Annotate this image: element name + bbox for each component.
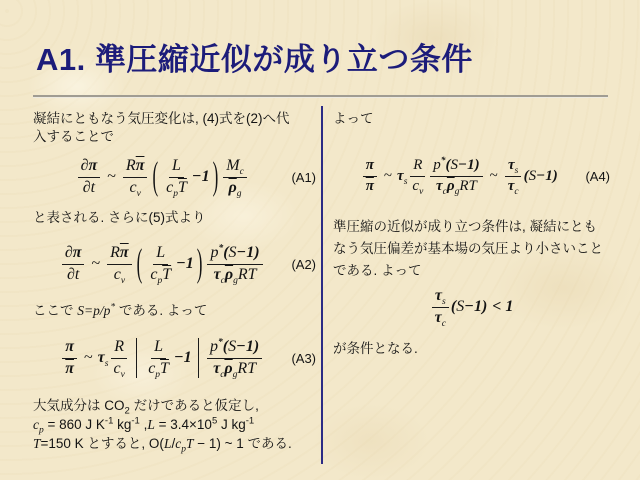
equation-a2-body: ∂π ∂t ~ Rπ cv ( L cpT −1 ) p*(S−1) τcρgR… xyxy=(33,244,291,284)
tok-sub-c: c xyxy=(442,319,446,329)
fraction-Rpibar-cv: Rπ cv xyxy=(123,157,148,197)
constants-line1: 大気成分は CO2 だけであると仮定し, xyxy=(33,398,259,413)
tok-rparen: ) xyxy=(475,157,480,173)
tok-L: L xyxy=(172,157,181,174)
tok-tau-s: τs xyxy=(98,349,109,367)
group-S-minus-1: (S−1) xyxy=(451,298,487,316)
condition-line3: である. よって xyxy=(333,263,422,278)
tok-minus-one: −1 xyxy=(192,168,210,186)
tok-sub-c: c xyxy=(240,167,244,177)
tok-partial: ∂ xyxy=(65,244,73,261)
paragraph-definition: ここで S=p/p* である. よって xyxy=(33,302,316,320)
constants-l3-t1: =150 K とすると, O( xyxy=(41,436,164,451)
tok-p: p xyxy=(210,338,218,355)
slide: A1. 準圧縮近似が成り立つ条件 凝結にともなう気圧変化は, (4)式を(2)へ… xyxy=(0,0,640,480)
tok-minus-one: −1 xyxy=(236,338,254,355)
column-divider xyxy=(321,106,323,464)
tok-rho-bar: ρ xyxy=(447,178,455,194)
tok-pi-bar: π xyxy=(136,157,145,174)
tok-rparen: ) xyxy=(254,338,259,355)
fraction-Rpibar-cv: Rπ cv xyxy=(107,244,132,284)
tok-partial: ∂ xyxy=(83,179,91,196)
group-S-minus-1: (S−1) xyxy=(524,168,558,185)
tok-rparen: ) xyxy=(254,244,259,261)
tok-rho-bar: ρ xyxy=(229,179,237,196)
fraction-pi-pibar: π π xyxy=(363,157,377,195)
tok-tau: τ xyxy=(214,266,221,283)
tok-R: R xyxy=(114,338,124,355)
tok-RT: RT xyxy=(237,360,256,377)
tok-RT: RT xyxy=(238,266,257,283)
tilde-operator: ~ xyxy=(490,168,498,185)
paragraph-intro: 凝結にともなう気圧変化は, (4)式を(2)へ代 入することで xyxy=(33,110,316,146)
tok-pi-bar: π xyxy=(120,244,129,261)
constants-l2-t5: J kg xyxy=(217,417,246,432)
tok-pi-bar: π xyxy=(366,178,374,194)
constants-l2-t2: kg xyxy=(113,417,131,432)
exp-minus1: -1 xyxy=(246,416,254,427)
constants-l3-t2: − 1) ~ 1 である. xyxy=(193,436,291,451)
tok-minus-one: −1 xyxy=(536,168,553,184)
tok-tau: τ xyxy=(98,349,105,366)
tok-p: p xyxy=(433,157,441,173)
fraction-L-cpTbar: L cpT xyxy=(147,244,174,284)
tilde-operator: ~ xyxy=(91,255,100,273)
tilde-operator: ~ xyxy=(84,349,93,367)
intro-line1: 凝結にともなう気圧変化は, (4)式を(2)へ代 xyxy=(33,111,290,126)
paragraph-condition-desc: 準圧縮の近似が成り立つ条件は, 凝結にとも なう気圧偏差が基本場の気圧より小さい… xyxy=(333,216,610,282)
fraction-L-cpTbar: L cpT xyxy=(145,338,172,378)
equation-a3-label: (A3) xyxy=(291,351,316,366)
equation-a4-label: (A4) xyxy=(585,169,610,184)
equation-a2-label: (A2) xyxy=(291,257,316,272)
definition-pre: ここで xyxy=(33,303,77,318)
constants-l2-t4: = 3.4×10 xyxy=(155,417,212,432)
tok-pi-bar: π xyxy=(65,360,74,377)
tok-M: M xyxy=(226,157,239,174)
tok-R: R xyxy=(126,157,136,174)
equation-a2: ∂π ∂t ~ Rπ cv ( L cpT −1 ) p*(S−1) τcρgR… xyxy=(33,234,316,294)
big-left-paren: ( xyxy=(137,241,143,287)
exp-minus1: -1 xyxy=(131,416,139,427)
tok-R: R xyxy=(413,157,422,173)
equation-condition-body: τs τc (S−1) < 1 xyxy=(333,287,610,327)
tok-RT: RT xyxy=(459,178,477,194)
tok-tau: τ xyxy=(508,157,515,173)
tok-partial: ∂ xyxy=(81,157,89,174)
intro-line2: 入することで xyxy=(33,129,114,144)
fraction-pstarS-taurhoRT: p*(S−1) τcρgRT xyxy=(207,338,262,378)
tok-sub-s: s xyxy=(404,177,408,187)
tok-sub-v: v xyxy=(419,187,423,197)
tilde-operator: ~ xyxy=(107,168,116,186)
tok-sub-v: v xyxy=(121,276,125,286)
paragraph-transition: と表される. さらに(5)式より xyxy=(33,209,316,227)
fraction-pstarS-taurhoRT: p*(S−1) τcρgRT xyxy=(430,157,482,195)
tok-c: c xyxy=(114,266,121,283)
paragraph-conclusion: が条件となる. xyxy=(333,340,610,358)
tok-R: R xyxy=(110,244,120,261)
constants-l1a: 大気成分は CO xyxy=(33,398,125,413)
big-right-paren: ) xyxy=(213,154,219,200)
tok-minus-one: −1 xyxy=(176,255,194,273)
tok-tau: τ xyxy=(435,309,442,326)
tok-sub-g: g xyxy=(237,189,242,199)
title-divider-rule xyxy=(33,95,608,98)
tok-c: c xyxy=(130,179,137,196)
equation-a1-body: ∂π ∂t ~ Rπ cv ( L cpT −1 ) Mc ρg xyxy=(33,157,291,197)
tok-S: S xyxy=(451,157,459,173)
tok-t: t xyxy=(91,179,95,196)
fraction-L-cpTbar: L cpT xyxy=(163,157,190,197)
tok-sub-c: c xyxy=(514,187,518,197)
constants-line2: cp = 860 J K-1 kg-1 ,L = 3.4×105 J kg-1 xyxy=(33,417,254,432)
tok-rparen: ) xyxy=(553,168,558,184)
tok-pi: π xyxy=(366,157,374,173)
equation-a4-body: π π ~ τs R cv p*(S−1) τcρgRT ~ τs τc xyxy=(333,157,585,195)
tok-pi: π xyxy=(89,157,98,174)
tok-sub-s: s xyxy=(105,359,109,369)
constants-l2-t1: = 860 J K xyxy=(44,417,105,432)
fraction-dpi-dt: ∂π ∂t xyxy=(78,157,101,197)
equation-condition: τs τc (S−1) < 1 xyxy=(333,282,610,332)
fraction-R-cv: R cv xyxy=(110,338,127,378)
inline-formula-S: S=p/p xyxy=(77,303,110,318)
tok-L: L xyxy=(147,417,155,432)
big-left-paren: ( xyxy=(152,154,158,200)
fraction-Mc-rhobar-g: Mc ρg xyxy=(223,157,247,197)
tok-rho-bar: ρ xyxy=(224,360,232,377)
tok-sub-v: v xyxy=(137,189,141,199)
constants-line3: T=150 K とすると, O(L/cpT − 1) ~ 1 である. xyxy=(33,436,292,451)
equation-a4: π π ~ τs R cv p*(S−1) τcρgRT ~ τs τc xyxy=(333,146,610,206)
abs-bar xyxy=(136,338,137,378)
tok-pi: π xyxy=(73,244,82,261)
tok-L: L xyxy=(156,244,165,261)
tok-t: t xyxy=(75,266,79,283)
equation-a1: ∂π ∂t ~ Rπ cv ( L cpT −1 ) Mc ρg xyxy=(33,150,316,204)
equation-a1-label: (A1) xyxy=(291,170,316,185)
definition-post: である. よって xyxy=(115,303,207,318)
equation-a3-body: π π ~ τs R cv L cpT −1 p*(S−1) τcρ xyxy=(33,338,291,378)
tok-rparen: ) xyxy=(482,298,487,315)
tok-minus-one: −1 xyxy=(458,157,475,173)
tilde-operator: ~ xyxy=(384,168,392,185)
fraction-R-cv: R cv xyxy=(409,157,426,195)
tok-rho-bar: ρ xyxy=(225,266,233,283)
condition-line1: 準圧縮の近似が成り立つ条件は, 凝結にとも xyxy=(333,219,597,234)
tok-S: S xyxy=(229,244,237,261)
tok-minus-one: −1 xyxy=(464,298,482,315)
fraction-taus-tauc: τs τc xyxy=(432,287,449,327)
tok-T-bar: T xyxy=(160,360,169,377)
paragraph-constants: 大気成分は CO2 だけであると仮定し, cp = 860 J K-1 kg-1… xyxy=(33,396,316,453)
tok-T: T xyxy=(33,436,41,451)
tok-minus-one: −1 xyxy=(174,349,192,367)
fraction-dpi-dt: ∂π ∂t xyxy=(62,244,85,284)
condition-line2: なう気圧偏差が基本場の気圧より小さいこと xyxy=(333,241,603,256)
tok-pi: π xyxy=(65,338,74,355)
fraction-pi-pibar: π π xyxy=(62,338,77,378)
tok-tau: τ xyxy=(436,178,443,194)
slide-title: A1. 準圧縮近似が成り立つ条件 xyxy=(36,34,616,79)
tok-tau: τ xyxy=(435,287,442,304)
tok-sub-s: s xyxy=(442,297,446,307)
equation-a3: π π ~ τs R cv L cpT −1 p*(S−1) τcρ xyxy=(33,328,316,388)
tok-S: S xyxy=(228,338,236,355)
paragraph-therefore: よって xyxy=(333,110,610,128)
abs-bar xyxy=(198,338,199,378)
fraction-taus-tauc: τs τc xyxy=(505,157,522,195)
fraction-pstarS-taurhoRT: p*(S−1) τcρgRT xyxy=(207,244,262,284)
tok-tau: τ xyxy=(397,168,404,184)
tok-T-bar: T xyxy=(162,266,171,283)
constants-l1b: だけであると仮定し, xyxy=(130,398,259,413)
tok-L: L xyxy=(154,338,163,355)
tok-partial: ∂ xyxy=(67,266,75,283)
big-right-paren: ) xyxy=(197,241,203,287)
tok-minus-one: −1 xyxy=(237,244,255,261)
tok-less-than-one: < 1 xyxy=(492,298,513,316)
tok-T-bar: T xyxy=(178,179,187,196)
tok-c: c xyxy=(113,360,120,377)
tok-tau-s: τs xyxy=(397,168,407,185)
tok-sub-s: s xyxy=(515,166,519,176)
tok-sub-v: v xyxy=(121,370,125,380)
